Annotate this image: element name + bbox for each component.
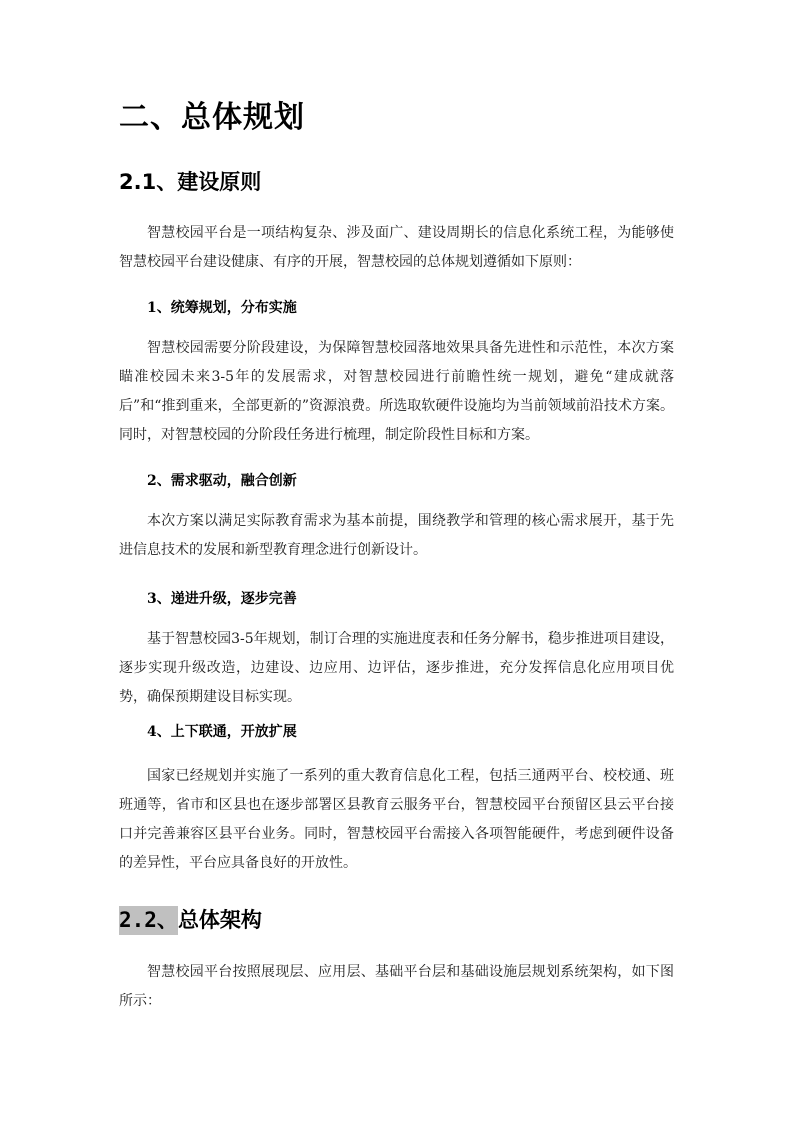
principle-2-body: 本次方案以满足实际教育需求为基本前提，围绕教学和管理的核心需求展开，基于先进信息… [119,507,674,565]
chapter-title: 二、总体规划 [119,96,305,140]
section-2-2-intro: 智慧校园平台按照展现层、应用层、基础平台层和基础设施层规划系统架构，如下图所示： [119,958,674,1016]
heading-number-highlight: 2.2、 [119,906,178,935]
section-2-1-intro: 智慧校园平台是一项结构复杂、涉及面广、建设周期长的信息化系统工程，为能够使智慧校… [119,219,674,277]
principle-3-body: 基于智慧校园3-5年规划，制订合理的实施进度表和任务分解书，稳步推进项目建设，逐… [119,625,674,712]
section-heading-2-1: 2.1、建设原则 [119,167,261,197]
principle-3-title: 3、递进升级，逐步完善 [147,589,297,609]
principle-1-title: 1、统筹规划，分布实施 [147,298,297,318]
principle-1-body: 智慧校园需要分阶段建设，为保障智慧校园落地效果具备先进性和示范性，本次方案瞄准校… [119,334,674,450]
heading-text: 总体架构 [178,908,262,932]
principle-2-title: 2、需求驱动，融合创新 [147,471,297,491]
section-heading-2-2: 2.2、总体架构 [119,905,262,935]
principle-4-body: 国家已经规划并实施了一系列的重大教育信息化工程，包括三通两平台、校校通、班班通等… [119,762,674,878]
principle-4-title: 4、上下联通，开放扩展 [147,722,297,742]
